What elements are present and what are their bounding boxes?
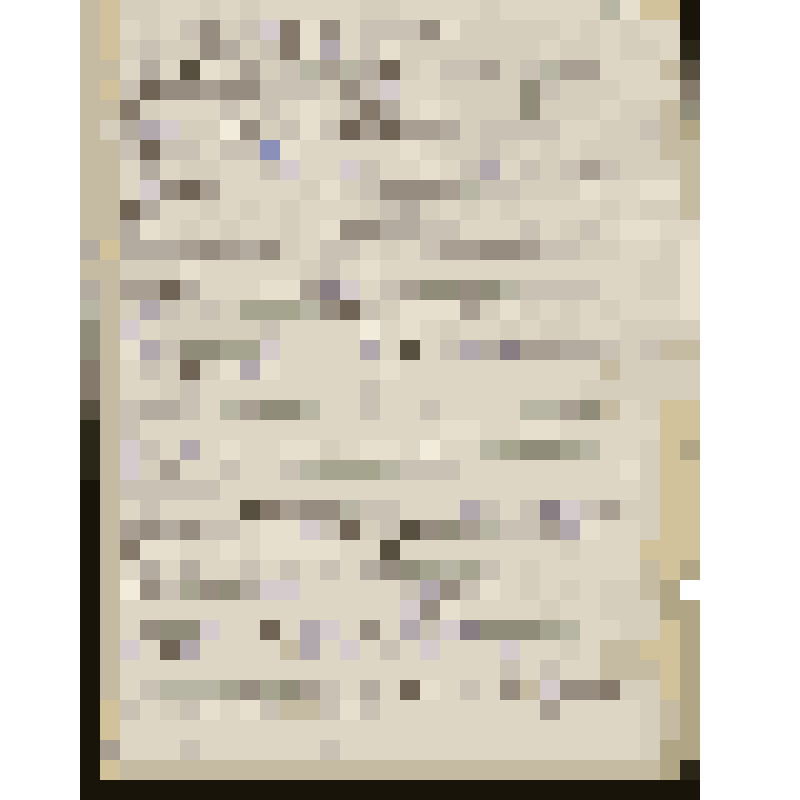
mosaic-cell <box>640 560 660 580</box>
mosaic-cell <box>260 640 280 660</box>
mosaic-cell <box>540 300 560 320</box>
mosaic-cell <box>300 40 320 60</box>
mosaic-cell <box>740 660 760 680</box>
mosaic-cell <box>760 720 780 740</box>
mosaic-cell <box>640 580 660 600</box>
mosaic-cell <box>620 120 640 140</box>
mosaic-cell <box>220 260 240 280</box>
mosaic-cell <box>780 440 800 460</box>
mosaic-cell <box>160 380 180 400</box>
mosaic-cell <box>620 740 640 760</box>
mosaic-cell <box>640 640 660 660</box>
mosaic-cell <box>0 280 20 300</box>
mosaic-cell <box>780 520 800 540</box>
mosaic-cell <box>580 700 600 720</box>
mosaic-cell <box>640 340 660 360</box>
mosaic-cell <box>660 180 680 200</box>
mosaic-cell <box>620 160 640 180</box>
mosaic-cell <box>300 380 320 400</box>
mosaic-cell <box>660 680 680 700</box>
mosaic-cell <box>700 600 720 620</box>
mosaic-cell <box>260 600 280 620</box>
mosaic-cell <box>700 640 720 660</box>
mosaic-cell <box>320 100 340 120</box>
mosaic-cell <box>740 460 760 480</box>
mosaic-cell <box>600 100 620 120</box>
mosaic-cell <box>720 180 740 200</box>
mosaic-cell <box>440 260 460 280</box>
mosaic-cell <box>220 560 240 580</box>
mosaic-cell <box>20 160 40 180</box>
mosaic-cell <box>100 660 120 680</box>
mosaic-cell <box>740 360 760 380</box>
mosaic-cell <box>660 360 680 380</box>
mosaic-cell <box>580 260 600 280</box>
mosaic-cell <box>420 420 440 440</box>
mosaic-cell <box>260 720 280 740</box>
mosaic-cell <box>180 480 200 500</box>
mosaic-cell <box>720 500 740 520</box>
mosaic-cell <box>620 340 640 360</box>
mosaic-cell <box>540 420 560 440</box>
mosaic-cell <box>20 760 40 780</box>
mosaic-cell <box>580 240 600 260</box>
mosaic-cell <box>280 80 300 100</box>
mosaic-cell <box>340 540 360 560</box>
mosaic-cell <box>360 400 380 420</box>
mosaic-cell <box>260 200 280 220</box>
mosaic-cell <box>140 120 160 140</box>
mosaic-cell <box>60 360 80 380</box>
mosaic-cell <box>660 380 680 400</box>
mosaic-cell <box>600 660 620 680</box>
mosaic-cell <box>300 280 320 300</box>
mosaic-cell <box>400 780 420 800</box>
mosaic-cell <box>500 640 520 660</box>
mosaic-cell <box>760 440 780 460</box>
mosaic-cell <box>520 180 540 200</box>
mosaic-cell <box>220 660 240 680</box>
mosaic-cell <box>280 500 300 520</box>
mosaic-cell <box>120 380 140 400</box>
mosaic-cell <box>400 100 420 120</box>
mosaic-cell <box>600 60 620 80</box>
mosaic-cell <box>520 520 540 540</box>
mosaic-cell <box>540 660 560 680</box>
mosaic-cell <box>620 200 640 220</box>
mosaic-cell <box>480 780 500 800</box>
mosaic-cell <box>200 520 220 540</box>
mosaic-cell <box>20 320 40 340</box>
mosaic-cell <box>720 120 740 140</box>
mosaic-cell <box>720 620 740 640</box>
mosaic-cell <box>520 580 540 600</box>
mosaic-cell <box>260 220 280 240</box>
mosaic-cell <box>700 220 720 240</box>
mosaic-cell <box>240 480 260 500</box>
mosaic-cell <box>280 520 300 540</box>
mosaic-cell <box>620 620 640 640</box>
mosaic-cell <box>140 80 160 100</box>
mosaic-cell <box>540 100 560 120</box>
mosaic-cell <box>180 720 200 740</box>
mosaic-cell <box>540 560 560 580</box>
mosaic-cell <box>420 640 440 660</box>
mosaic-cell <box>700 660 720 680</box>
mosaic-cell <box>760 660 780 680</box>
mosaic-cell <box>240 160 260 180</box>
mosaic-cell <box>200 400 220 420</box>
mosaic-cell <box>200 140 220 160</box>
mosaic-cell <box>440 300 460 320</box>
mosaic-cell <box>560 520 580 540</box>
mosaic-cell <box>20 580 40 600</box>
mosaic-cell <box>680 480 700 500</box>
mosaic-cell <box>600 80 620 100</box>
mosaic-cell <box>360 120 380 140</box>
mosaic-cell <box>100 500 120 520</box>
mosaic-cell <box>740 20 760 40</box>
mosaic-cell <box>80 760 100 780</box>
mosaic-cell <box>360 360 380 380</box>
mosaic-cell <box>160 420 180 440</box>
mosaic-cell <box>680 120 700 140</box>
mosaic-cell <box>180 160 200 180</box>
mosaic-cell <box>40 380 60 400</box>
mosaic-cell <box>340 400 360 420</box>
mosaic-cell <box>240 380 260 400</box>
mosaic-cell <box>60 20 80 40</box>
mosaic-cell <box>620 40 640 60</box>
mosaic-cell <box>140 300 160 320</box>
mosaic-cell <box>320 400 340 420</box>
mosaic-cell <box>600 320 620 340</box>
mosaic-cell <box>300 720 320 740</box>
mosaic-cell <box>60 300 80 320</box>
mosaic-cell <box>640 360 660 380</box>
mosaic-cell <box>560 440 580 460</box>
mosaic-cell <box>220 200 240 220</box>
mosaic-cell <box>240 40 260 60</box>
mosaic-cell <box>660 420 680 440</box>
mosaic-cell <box>360 200 380 220</box>
mosaic-cell <box>660 280 680 300</box>
mosaic-cell <box>180 300 200 320</box>
mosaic-cell <box>620 280 640 300</box>
mosaic-cell <box>100 460 120 480</box>
mosaic-cell <box>160 740 180 760</box>
mosaic-cell <box>500 780 520 800</box>
mosaic-cell <box>160 220 180 240</box>
mosaic-cell <box>140 140 160 160</box>
mosaic-cell <box>200 340 220 360</box>
mosaic-cell <box>680 320 700 340</box>
mosaic-cell <box>160 760 180 780</box>
mosaic-cell <box>760 260 780 280</box>
mosaic-cell <box>660 740 680 760</box>
mosaic-cell <box>220 440 240 460</box>
mosaic-cell <box>680 700 700 720</box>
mosaic-cell <box>140 0 160 20</box>
mosaic-cell <box>120 420 140 440</box>
mosaic-cell <box>440 740 460 760</box>
mosaic-cell <box>160 160 180 180</box>
mosaic-cell <box>700 380 720 400</box>
mosaic-cell <box>80 140 100 160</box>
mosaic-cell <box>120 780 140 800</box>
mosaic-cell <box>740 440 760 460</box>
mosaic-cell <box>720 0 740 20</box>
mosaic-cell <box>40 420 60 440</box>
mosaic-cell <box>60 560 80 580</box>
mosaic-cell <box>440 100 460 120</box>
mosaic-cell <box>700 700 720 720</box>
mosaic-cell <box>460 320 480 340</box>
mosaic-cell <box>580 140 600 160</box>
mosaic-cell <box>300 520 320 540</box>
mosaic-cell <box>220 280 240 300</box>
mosaic-cell <box>420 240 440 260</box>
mosaic-cell <box>120 0 140 20</box>
mosaic-cell <box>340 20 360 40</box>
mosaic-cell <box>720 660 740 680</box>
mosaic-cell <box>720 160 740 180</box>
mosaic-cell <box>280 60 300 80</box>
mosaic-cell <box>220 780 240 800</box>
mosaic-cell <box>0 680 20 700</box>
mosaic-cell <box>80 680 100 700</box>
mosaic-cell <box>440 760 460 780</box>
mosaic-cell <box>100 20 120 40</box>
mosaic-cell <box>100 780 120 800</box>
mosaic-cell <box>740 220 760 240</box>
mosaic-cell <box>760 280 780 300</box>
mosaic-cell <box>460 120 480 140</box>
mosaic-cell <box>540 200 560 220</box>
mosaic-cell <box>260 400 280 420</box>
mosaic-cell <box>240 700 260 720</box>
mosaic-cell <box>500 20 520 40</box>
mosaic-cell <box>620 480 640 500</box>
mosaic-cell <box>400 560 420 580</box>
mosaic-cell <box>400 480 420 500</box>
mosaic-cell <box>700 760 720 780</box>
mosaic-cell <box>740 680 760 700</box>
mosaic-cell <box>440 460 460 480</box>
mosaic-cell <box>340 780 360 800</box>
mosaic-cell <box>700 540 720 560</box>
mosaic-cell <box>540 760 560 780</box>
mosaic-cell <box>200 560 220 580</box>
mosaic-cell <box>200 440 220 460</box>
mosaic-cell <box>460 360 480 380</box>
mosaic-cell <box>640 680 660 700</box>
mosaic-cell <box>340 720 360 740</box>
mosaic-cell <box>420 520 440 540</box>
mosaic-cell <box>720 420 740 440</box>
mosaic-cell <box>100 580 120 600</box>
mosaic-cell <box>760 240 780 260</box>
mosaic-cell <box>760 760 780 780</box>
mosaic-cell <box>240 420 260 440</box>
mosaic-cell <box>620 140 640 160</box>
mosaic-cell <box>500 680 520 700</box>
mosaic-cell <box>300 260 320 280</box>
mosaic-cell <box>60 780 80 800</box>
mosaic-cell <box>540 440 560 460</box>
mosaic-cell <box>340 480 360 500</box>
mosaic-cell <box>340 80 360 100</box>
mosaic-cell <box>320 340 340 360</box>
mosaic-cell <box>560 120 580 140</box>
mosaic-cell <box>620 60 640 80</box>
mosaic-cell <box>600 720 620 740</box>
mosaic-cell <box>40 100 60 120</box>
mosaic-cell <box>760 360 780 380</box>
mosaic-cell <box>400 140 420 160</box>
mosaic-cell <box>240 620 260 640</box>
mosaic-cell <box>260 680 280 700</box>
mosaic-cell <box>400 360 420 380</box>
mosaic-cell <box>400 20 420 40</box>
mosaic-cell <box>680 520 700 540</box>
mosaic-cell <box>120 460 140 480</box>
mosaic-cell <box>340 340 360 360</box>
mosaic-cell <box>440 180 460 200</box>
mosaic-cell <box>360 720 380 740</box>
mosaic-cell <box>600 40 620 60</box>
mosaic-cell <box>180 500 200 520</box>
mosaic-cell <box>380 680 400 700</box>
mosaic-cell <box>340 240 360 260</box>
mosaic-cell <box>120 180 140 200</box>
mosaic-cell <box>280 580 300 600</box>
mosaic-cell <box>680 720 700 740</box>
mosaic-cell <box>140 540 160 560</box>
mosaic-cell <box>520 560 540 580</box>
mosaic-cell <box>320 740 340 760</box>
mosaic-cell <box>360 60 380 80</box>
mosaic-cell <box>740 100 760 120</box>
mosaic-cell <box>400 700 420 720</box>
mosaic-cell <box>660 0 680 20</box>
mosaic-cell <box>260 0 280 20</box>
mosaic-cell <box>220 300 240 320</box>
mosaic-cell <box>0 580 20 600</box>
mosaic-cell <box>120 120 140 140</box>
mosaic-cell <box>540 360 560 380</box>
mosaic-cell <box>740 40 760 60</box>
mosaic-cell <box>0 660 20 680</box>
mosaic-cell <box>540 340 560 360</box>
mosaic-cell <box>740 280 760 300</box>
mosaic-cell <box>160 20 180 40</box>
mosaic-cell <box>320 120 340 140</box>
mosaic-cell <box>60 120 80 140</box>
mosaic-cell <box>20 80 40 100</box>
mosaic-cell <box>0 480 20 500</box>
mosaic-cell <box>160 140 180 160</box>
mosaic-cell <box>660 580 680 600</box>
mosaic-cell <box>700 320 720 340</box>
mosaic-cell <box>620 320 640 340</box>
mosaic-cell <box>420 740 440 760</box>
mosaic-cell <box>560 380 580 400</box>
mosaic-cell <box>680 20 700 40</box>
mosaic-cell <box>400 60 420 80</box>
mosaic-cell <box>440 440 460 460</box>
mosaic-cell <box>140 760 160 780</box>
mosaic-cell <box>140 500 160 520</box>
mosaic-cell <box>180 440 200 460</box>
mosaic-cell <box>80 480 100 500</box>
mosaic-cell <box>60 40 80 60</box>
mosaic-cell <box>580 160 600 180</box>
mosaic-cell <box>540 40 560 60</box>
mosaic-cell <box>340 120 360 140</box>
mosaic-cell <box>580 600 600 620</box>
mosaic-cell <box>660 200 680 220</box>
mosaic-cell <box>280 700 300 720</box>
mosaic-cell <box>460 760 480 780</box>
mosaic-cell <box>40 40 60 60</box>
mosaic-cell <box>680 80 700 100</box>
mosaic-cell <box>40 660 60 680</box>
mosaic-cell <box>660 520 680 540</box>
mosaic-cell <box>320 680 340 700</box>
mosaic-cell <box>480 540 500 560</box>
mosaic-cell <box>660 220 680 240</box>
mosaic-cell <box>280 380 300 400</box>
mosaic-cell <box>80 40 100 60</box>
mosaic-cell <box>80 340 100 360</box>
mosaic-cell <box>480 60 500 80</box>
mosaic-cell <box>160 600 180 620</box>
mosaic-cell <box>580 480 600 500</box>
mosaic-cell <box>640 600 660 620</box>
mosaic-cell <box>280 400 300 420</box>
mosaic-cell <box>140 460 160 480</box>
mosaic-cell <box>420 680 440 700</box>
mosaic-cell <box>440 660 460 680</box>
mosaic-cell <box>40 200 60 220</box>
mosaic-cell <box>300 300 320 320</box>
mosaic-cell <box>480 760 500 780</box>
mosaic-cell <box>240 440 260 460</box>
mosaic-cell <box>660 620 680 640</box>
mosaic-cell <box>100 220 120 240</box>
mosaic-cell <box>480 80 500 100</box>
mosaic-cell <box>40 340 60 360</box>
mosaic-cell <box>680 360 700 380</box>
mosaic-cell <box>100 620 120 640</box>
mosaic-cell <box>220 680 240 700</box>
mosaic-cell <box>760 320 780 340</box>
mosaic-cell <box>260 160 280 180</box>
mosaic-cell <box>20 660 40 680</box>
mosaic-cell <box>780 100 800 120</box>
mosaic-cell <box>500 220 520 240</box>
mosaic-cell <box>740 160 760 180</box>
mosaic-cell <box>300 180 320 200</box>
mosaic-cell <box>260 140 280 160</box>
mosaic-cell <box>100 700 120 720</box>
mosaic-cell <box>280 460 300 480</box>
mosaic-cell <box>400 120 420 140</box>
mosaic-cell <box>0 640 20 660</box>
mosaic-cell <box>20 220 40 240</box>
mosaic-cell <box>620 240 640 260</box>
